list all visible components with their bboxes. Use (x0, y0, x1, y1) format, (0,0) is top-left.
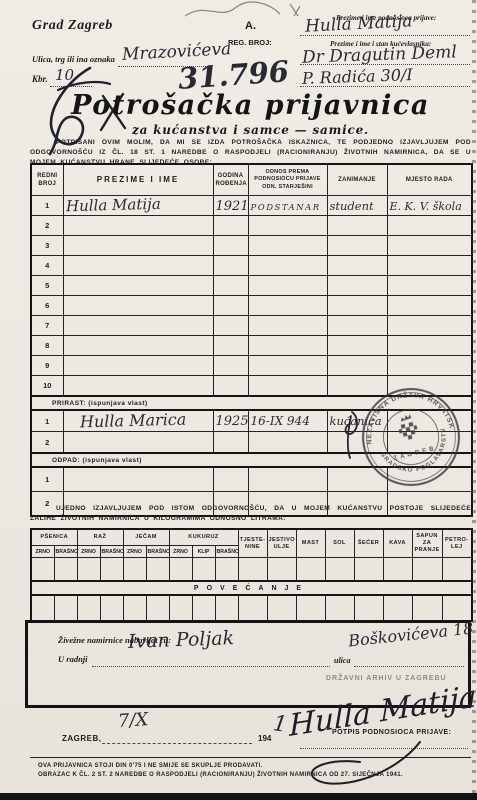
table-cell: 7 (31, 316, 63, 336)
perforation-edge (472, 0, 476, 800)
table-row: 8 (31, 336, 472, 356)
table-cell (213, 256, 248, 276)
table-cell (248, 216, 327, 236)
table-cell (54, 595, 77, 621)
relation-handwritten: PODSTANAR (251, 203, 321, 213)
table-cell: 4 (31, 256, 63, 276)
col-mast: MAST (296, 529, 325, 558)
shop-line (92, 666, 330, 667)
table-cell (325, 595, 354, 621)
applicant-line (300, 35, 470, 36)
name-handwritten: Hulla Matija (65, 195, 160, 215)
table-cell (383, 558, 412, 582)
table-cell: 1 (31, 196, 63, 216)
supplies-empty-row (31, 595, 472, 621)
col-jecam: JEČAM (123, 529, 169, 546)
table-cell (63, 256, 213, 276)
signature-flourish (300, 740, 450, 795)
table-cell (169, 595, 192, 621)
table-cell: Hulla Marica (63, 410, 213, 432)
col-sol: SOL (325, 529, 354, 558)
table-cell (387, 356, 472, 376)
owner-line (300, 64, 470, 65)
sub-brasno: BRAŠNO (146, 546, 169, 558)
table-cell (192, 558, 215, 582)
table-cell (100, 595, 123, 621)
table-cell (248, 376, 327, 397)
table-cell (213, 276, 248, 296)
col-secer: ŠEĆER (354, 529, 383, 558)
table-cell (63, 236, 213, 256)
sub-zrno: ZRNO (169, 546, 192, 558)
col-odnos: ODNOS PREMA PODNOSIOCU PRIJAVE ODN. STAR… (248, 164, 327, 196)
table-cell: PODSTANAR (248, 196, 327, 216)
form-title: Potrošačka prijavnica (30, 90, 471, 121)
footer-line-2: OBRAZAC K ČL. 2 ST. 2 NAREDBE O RASPODJE… (38, 772, 403, 778)
table-cell (63, 316, 213, 336)
table-cell (327, 316, 387, 336)
col-kava: KAVA (383, 529, 412, 558)
box-street-handwritten: Boškovićeva 18 (347, 618, 474, 650)
table-cell (327, 296, 387, 316)
table-cell (77, 558, 100, 582)
table-row: 3 (31, 236, 472, 256)
supplies-table: PŠENICA RAŽ JEČAM KUKURUZ TJESTE- NINE J… (30, 528, 473, 622)
table-cell (213, 296, 248, 316)
table-cell: 9 (31, 356, 63, 376)
table-row: 5 (31, 276, 472, 296)
table-cell (327, 236, 387, 256)
table-cell (54, 558, 77, 582)
table-cell (442, 558, 472, 582)
table-cell (354, 558, 383, 582)
col-kukuruz: KUKURUZ (169, 529, 238, 546)
table-cell (63, 336, 213, 356)
table-cell (146, 558, 169, 582)
table-cell: 3 (31, 236, 63, 256)
table-cell (387, 296, 472, 316)
table-cell (387, 236, 472, 256)
table-cell (248, 336, 327, 356)
table-cell: 2 (31, 432, 63, 454)
table-cell: 5 (31, 276, 63, 296)
table-cell (267, 595, 296, 621)
sub-zrno: ZRNO (123, 546, 146, 558)
table-cell (327, 276, 387, 296)
table-cell (248, 296, 327, 316)
footer-divider (30, 757, 471, 758)
footer-line-1: OVA PRIJAVNICA STOJI DIN 0'75 I NE SMIJE… (38, 763, 263, 769)
table-row: 6 (31, 296, 472, 316)
table-cell (248, 316, 327, 336)
table-cell: 6 (31, 296, 63, 316)
col-godina: GODINA ROĐENJA (213, 164, 248, 196)
table-row: 7 (31, 316, 472, 336)
table-cell (387, 316, 472, 336)
sub-zrno: ZRNO (31, 546, 54, 558)
table-row: 1 Hulla Matija 1921 PODSTANAR student E.… (31, 196, 472, 216)
place-label: ZAGREB, (62, 734, 102, 743)
supplies-group-header: PŠENICA RAŽ JEČAM KUKURUZ TJESTE- NINE J… (31, 529, 472, 546)
povecanje-label: POVEĆANJE (31, 581, 472, 595)
table-cell (387, 256, 472, 276)
table-cell (63, 376, 213, 397)
table-cell (327, 356, 387, 376)
table-cell: 1 (31, 467, 63, 492)
col-prezime-ime: PREZIME I IME (63, 164, 213, 196)
table-cell (213, 236, 248, 256)
year-handwritten: 1921 (216, 199, 249, 214)
applicant-handwritten: Hulla Matija (305, 11, 413, 37)
table-cell: 1 (31, 410, 63, 432)
table-cell (213, 376, 248, 397)
table-cell (63, 276, 213, 296)
table-cell (296, 595, 325, 621)
form-subtitle: za kućanstva i samce — samice. (30, 123, 471, 137)
sub-zrno: ZRNO (77, 546, 100, 558)
table-cell (213, 216, 248, 236)
table-cell (383, 595, 412, 621)
table-cell (169, 558, 192, 582)
table-cell (31, 595, 54, 621)
table-cell: 10 (31, 376, 63, 397)
table-cell (213, 432, 248, 454)
col-psenica: PŠENICA (31, 529, 77, 546)
table-cell (248, 467, 327, 492)
col-zanimanje: ZANIMANJE (327, 164, 387, 196)
table-cell (354, 595, 383, 621)
table-cell (248, 276, 327, 296)
reg-broj-label: REG. BROJ: (228, 38, 272, 47)
table-cell (387, 276, 472, 296)
table-cell (248, 236, 327, 256)
section-letter: A. (245, 20, 256, 32)
year-prefix: 194 (258, 734, 271, 743)
table-cell (213, 336, 248, 356)
year-handwritten: 1925 (216, 414, 249, 429)
shop-label: U radnji (58, 654, 88, 664)
stamp-coat-of-arms (396, 413, 420, 441)
box-street-label: ulica (334, 656, 350, 665)
table-cell (63, 467, 213, 492)
sub-brasno: BRAŠNO (100, 546, 123, 558)
table-cell (63, 216, 213, 236)
table-cell: 2 (31, 216, 63, 236)
date-handwritten: 16-IX 944 (251, 414, 310, 428)
table-cell (267, 558, 296, 582)
table-cell (325, 558, 354, 582)
col-jestivo-ulje: JESTIVO ULJE (267, 529, 296, 558)
table-cell (213, 316, 248, 336)
declaration-paragraph-2: UJEDNO IZJAVLJUJEM POD ISTOM ODGOVORNOŠĆ… (30, 504, 471, 524)
persons-header-row: REDNI BROJ PREZIME I IME GODINA ROĐENJA … (31, 164, 472, 196)
table-cell: 1925 (213, 410, 248, 432)
sub-brasno: BRAŠNO (54, 546, 77, 558)
col-raz: RAŽ (77, 529, 123, 546)
table-cell: E. K. V. škola (387, 196, 472, 216)
occupation-handwritten: student (330, 199, 374, 213)
table-cell (100, 558, 123, 582)
table-cell (387, 336, 472, 356)
col-mjesto-rada: MJESTO RADA (387, 164, 472, 196)
table-cell (215, 558, 238, 582)
table-cell (63, 356, 213, 376)
table-cell (238, 595, 267, 621)
table-cell (31, 558, 54, 582)
table-cell (215, 595, 238, 621)
table-cell (192, 595, 215, 621)
table-cell: student (327, 196, 387, 216)
box-street-line (354, 666, 464, 667)
table-cell (238, 558, 267, 582)
col-petrolej: PETRO- LEJ (442, 529, 472, 558)
table-cell (77, 595, 100, 621)
table-row: 4 (31, 256, 472, 276)
owner-address-line (300, 86, 470, 87)
table-cell (248, 432, 327, 454)
col-sapun: SAPUN ZA PRANJE (412, 529, 442, 558)
col-redni-broj: REDNI BROJ (31, 164, 63, 196)
name-handwritten: Hulla Marica (79, 410, 186, 432)
table-cell (327, 336, 387, 356)
table-row: 9 (31, 356, 472, 376)
table-cell (213, 467, 248, 492)
pencil-scribble (180, 0, 320, 22)
table-cell (442, 595, 472, 621)
table-cell (387, 216, 472, 236)
table-cell (412, 558, 442, 582)
supplies-empty-row (31, 558, 472, 582)
table-cell (63, 296, 213, 316)
city-heading: Grad Zagreb (32, 18, 113, 34)
date-line (102, 743, 252, 744)
owner-address-handwritten: P. Radića 30/I (302, 65, 413, 88)
sub-brasno: BRAŠNO (215, 546, 238, 558)
table-cell: 16-IX 944 (248, 410, 327, 432)
scan-bottom-edge (0, 793, 477, 800)
sub-klip: KLIP (192, 546, 215, 558)
shop-handwritten: Ivan Poljak (128, 627, 235, 653)
table-cell: 8 (31, 336, 63, 356)
table-cell (123, 595, 146, 621)
table-cell (146, 595, 169, 621)
scanned-form-page: Grad Zagreb Ulica, trg ili ina oznaka Mr… (0, 0, 477, 800)
povecanje-band: POVEĆANJE (31, 581, 472, 595)
year-digit-handwritten: 1 (271, 711, 288, 738)
table-cell (63, 432, 213, 454)
date-handwritten: 7/X (117, 709, 149, 732)
workplace-handwritten: E. K. V. škola (390, 200, 462, 213)
table-cell: Hulla Matija (63, 196, 213, 216)
archive-stamp-text: DRŽAVNI ARHIV U ZAGREBU (326, 675, 447, 682)
col-tjestenine: TJESTE- NINE (238, 529, 267, 558)
table-cell (248, 256, 327, 276)
table-cell: 1921 (213, 196, 248, 216)
table-cell (248, 356, 327, 376)
table-cell (296, 558, 325, 582)
table-cell (123, 558, 146, 582)
table-cell (327, 256, 387, 276)
table-cell (327, 216, 387, 236)
table-cell (412, 595, 442, 621)
table-row: 2 (31, 216, 472, 236)
table-cell (213, 356, 248, 376)
